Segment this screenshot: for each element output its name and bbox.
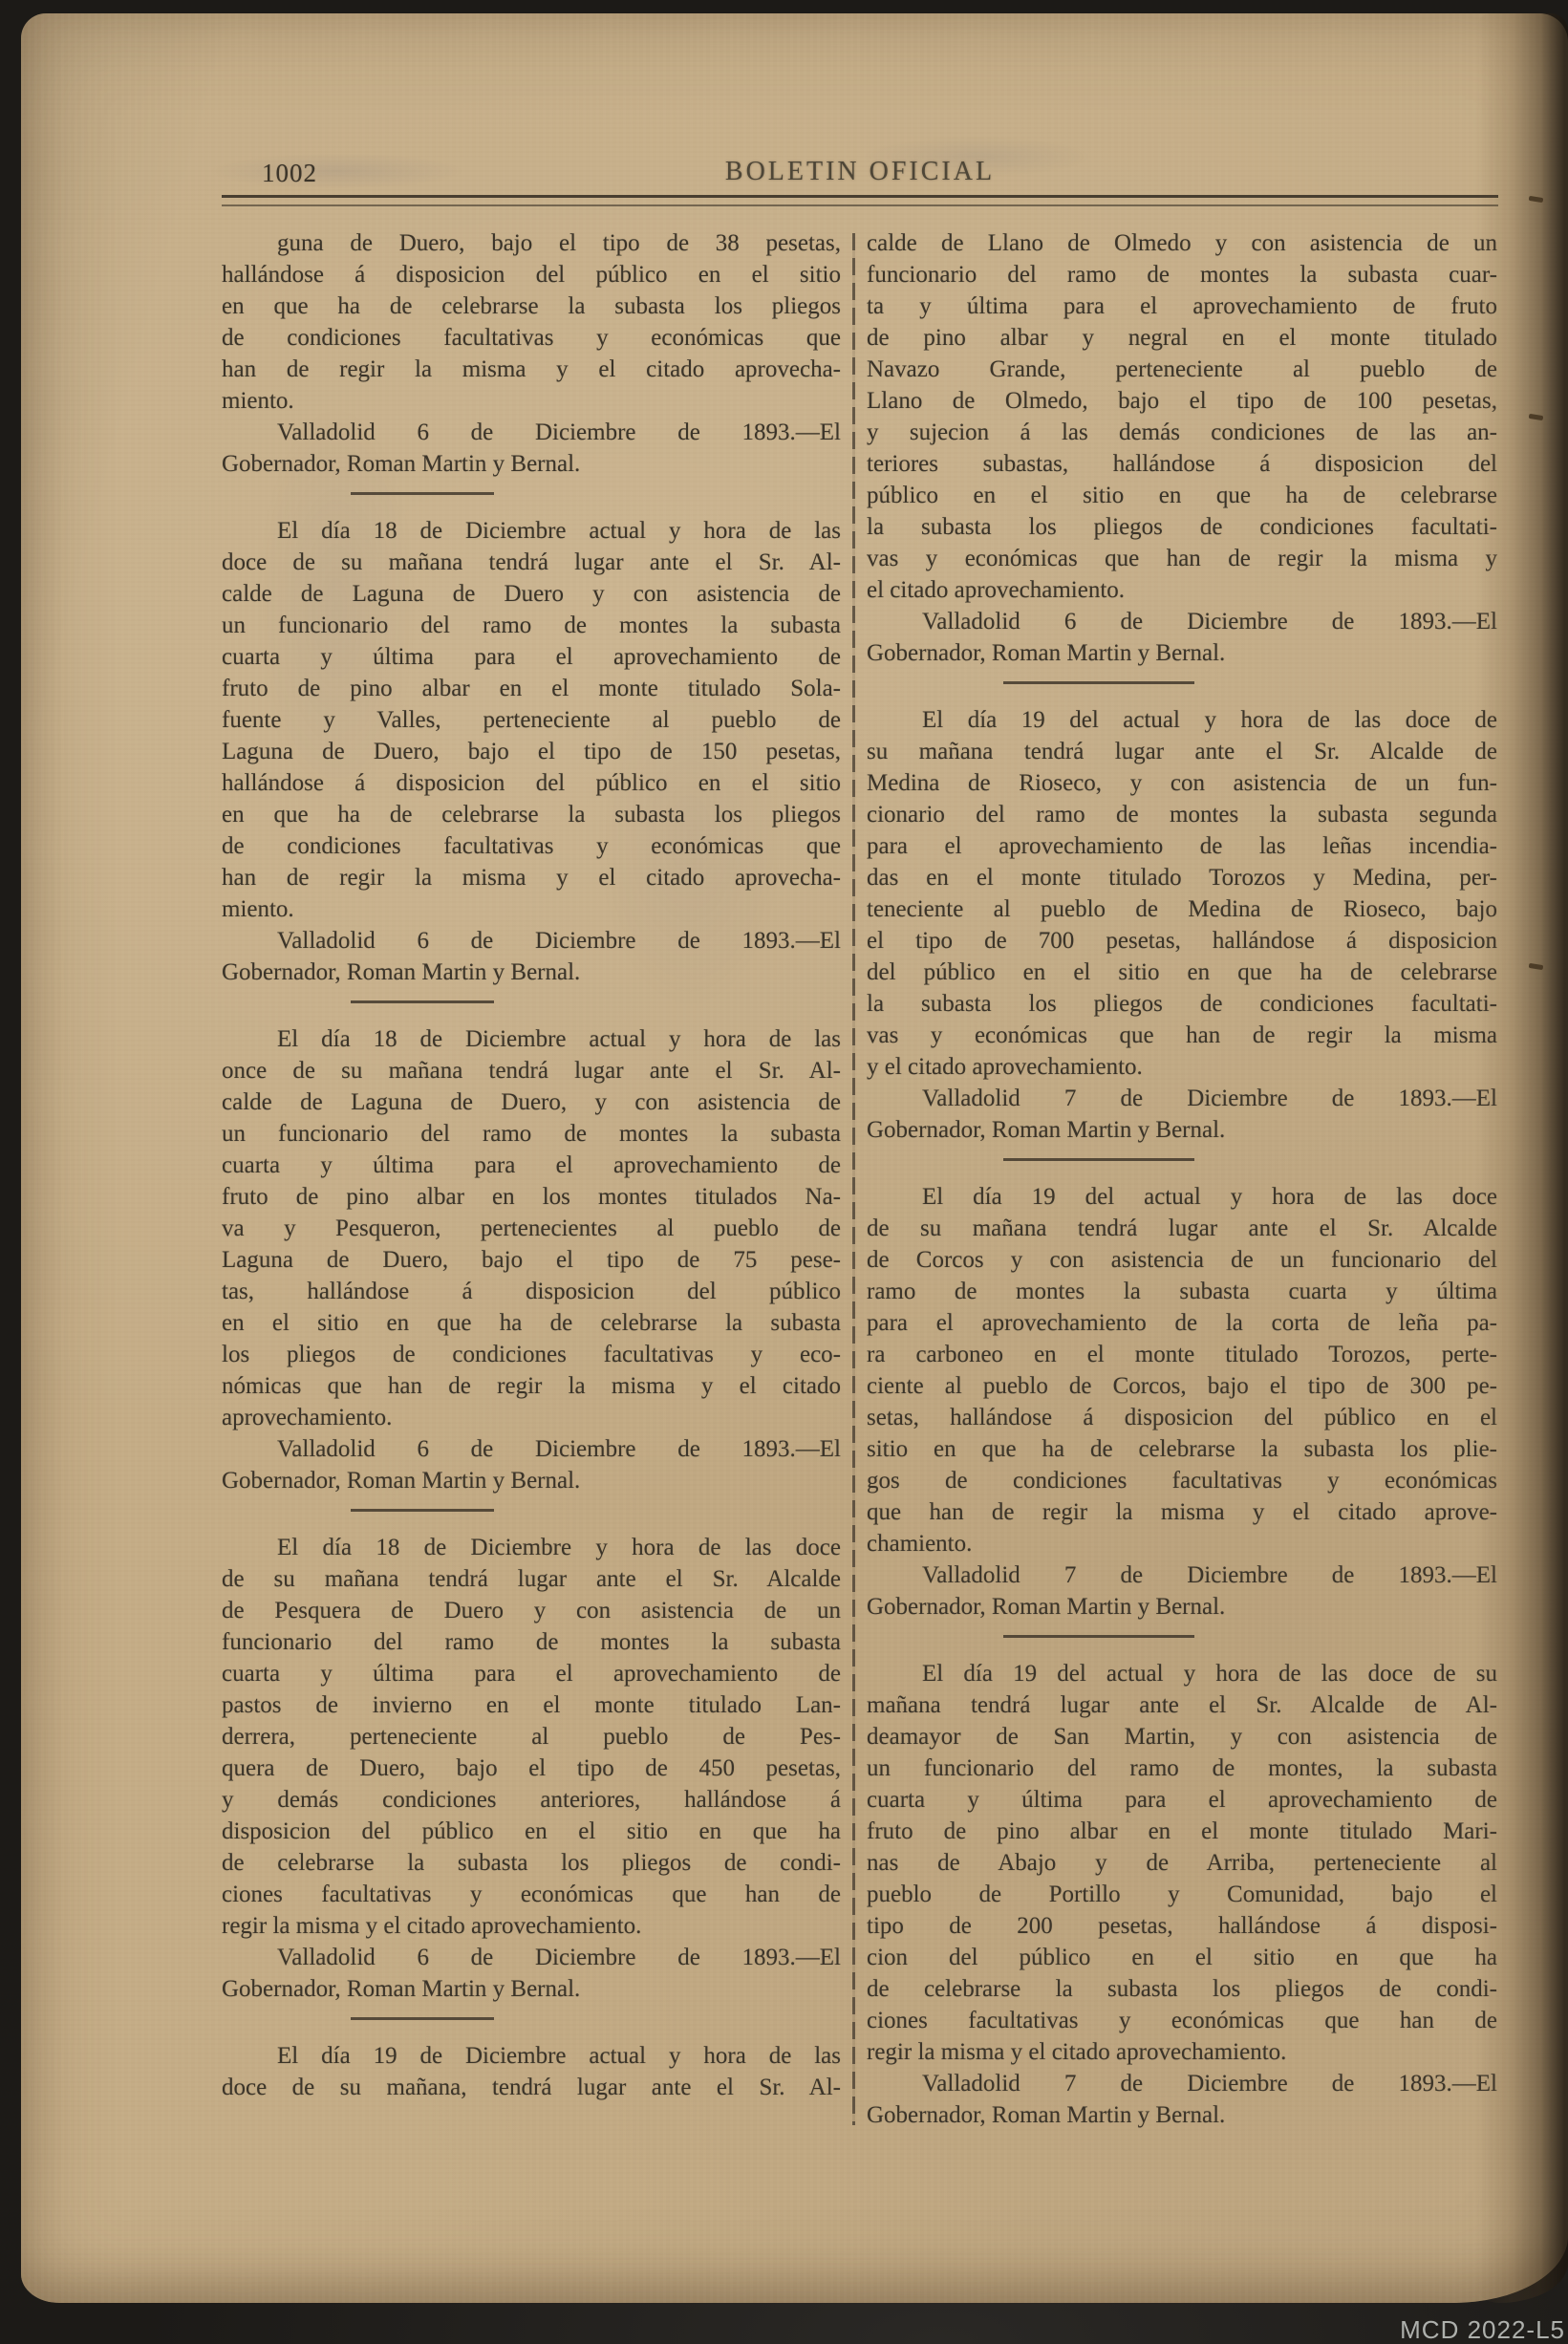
archive-watermark: MCD 2022-L5 [1400,2315,1565,2344]
text-line: El día 19 de Diciembre actual y hora de … [222,2040,841,2072]
text-line: su mañana tendrá lugar ante el Sr. Alcal… [867,736,1497,767]
text-line: cuarta y última para el aprovechamiento … [867,1784,1497,1816]
text-line: tas, hallándose á disposicion del públic… [222,1276,841,1307]
announcement-body: El día 18 de Diciembre y hora de las doc… [222,1532,841,1942]
text-line: aprovechamiento. [222,1402,841,1433]
announcement-signature: Valladolid 7 de Diciembre de 1893.—ElGob… [867,2068,1497,2131]
text-line: de pino albar y negral en el monte titul… [867,322,1497,354]
separator-rule [351,492,494,495]
announcement-body: El día 19 del actual y hora de las doce … [867,1658,1497,2068]
text-line: fuente y Valles, perteneciente al pueblo… [222,704,841,736]
text-line: Navazo Grande, perteneciente al pueblo d… [867,354,1497,385]
binding-stitch [1529,414,1544,420]
text-line: un funcionario del ramo de montes la sub… [222,1118,841,1150]
text-line: en que ha de celebrarse la subasta los p… [222,290,841,322]
text-line: Valladolid 6 de Diciembre de 1893.—El [222,1433,841,1465]
text-line: de su mañana tendrá lugar ante el Sr. Al… [867,1213,1497,1244]
text-line: y demás condiciones anteriores, hallándo… [222,1784,841,1816]
text-line: calde de Laguna de Duero, y con asistenc… [222,1086,841,1118]
text-line: guna de Duero, bajo el tipo de 38 peseta… [222,227,841,259]
text-line: nómicas que han de regir la misma y el c… [222,1370,841,1402]
column-divider [852,233,855,2125]
text-line: ta y última para el aprovechamiento de f… [867,290,1497,322]
text-line: y el citado aprovechamiento. [867,1051,1497,1083]
text-line: Valladolid 6 de Diciembre de 1893.—El [222,1942,841,1973]
text-line: gos de condiciones facultativas y económ… [867,1465,1497,1496]
announcement-signature: Valladolid 6 de Diciembre de 1893.—ElGob… [222,925,841,988]
text-line: fruto de pino albar en el monte titulado… [867,1816,1497,1847]
text-line: Valladolid 7 de Diciembre de 1893.—El [867,1559,1497,1591]
text-line: Valladolid 7 de Diciembre de 1893.—El [867,1083,1497,1114]
separator-rule [351,1000,494,1003]
announcement-body: El día 19 del actual y hora de las doced… [867,1181,1497,1559]
text-line: cion del público en el sitio en que ha [867,1942,1497,1973]
text-line: ciente al pueblo de Corcos, bajo el tipo… [867,1370,1497,1402]
text-line: Gobernador, Roman Martin y Bernal. [222,1973,841,2005]
text-line: Gobernador, Roman Martin y Bernal. [222,448,841,480]
text-line: Valladolid 7 de Diciembre de 1893.—El [867,2068,1497,2099]
separator-rule [1003,1635,1194,1638]
text-line: la subasta los pliegos de condiciones fa… [867,511,1497,543]
text-line: Gobernador, Roman Martin y Bernal. [867,637,1497,669]
text-line: hallándose á disposicion del público en … [222,259,841,290]
text-line: para el aprovechamiento de las leñas inc… [867,830,1497,862]
text-line: público en el sitio en que ha de celebra… [867,480,1497,511]
text-line: Valladolid 6 de Diciembre de 1893.—El [222,925,841,957]
text-line: un funcionario del ramo de montes la sub… [222,610,841,641]
text-line: setas, hallándose á disposicion del públ… [867,1402,1497,1433]
text-line: El día 18 de Diciembre actual y hora de … [222,515,841,547]
text-line: Gobernador, Roman Martin y Bernal. [222,1465,841,1496]
text-line: ciones facultativas y económicas que han… [867,2005,1497,2036]
text-line: El día 19 del actual y hora de las doce [867,1181,1497,1213]
text-line: ramo de montes la subasta cuarta y últim… [867,1276,1497,1307]
text-line: cuarta y última para el aprovechamiento … [222,641,841,673]
announcement-signature: Valladolid 6 de Diciembre de 1893.—ElGob… [222,1433,841,1496]
text-line: teriores subastas, hallándose á disposic… [867,448,1497,480]
text-line: va y Pesqueron, pertenecientes al pueblo… [222,1213,841,1244]
text-line: das en el monte titulado Torozos y Medin… [867,862,1497,893]
text-line: han de regir la misma y el citado aprove… [222,354,841,385]
text-line: Valladolid 6 de Diciembre de 1893.—El [867,606,1497,637]
column-left: guna de Duero, bajo el tipo de 38 peseta… [222,227,841,2103]
text-line: doce de su mañana tendrá lugar ante el S… [222,547,841,578]
text-line: El día 18 de Diciembre actual y hora de … [222,1023,841,1055]
text-line: disposicion del público en el sitio en q… [222,1816,841,1847]
text-line: miento. [222,385,841,417]
text-line: de celebrarse la subasta los pliegos de … [867,1973,1497,2005]
text-line: pueblo de Portillo y Comunidad, bajo el [867,1879,1497,1910]
text-line: El día 19 del actual y hora de las doce … [867,704,1497,736]
text-line: derrera, perteneciente al pueblo de Pes- [222,1721,841,1753]
text-line: de celebrarse la subasta los pliegos de … [222,1847,841,1879]
announcement-body: El día 18 de Diciembre actual y hora de … [222,1023,841,1433]
text-line: quera de Duero, bajo el tipo de 450 pese… [222,1753,841,1784]
announcement-body: El día 19 del actual y hora de las doce … [867,704,1497,1083]
text-line: de condiciones facultativas y económicas… [222,322,841,354]
text-line: Valladolid 6 de Diciembre de 1893.—El [222,417,841,448]
text-line: el tipo de 700 pesetas, hallándose á dis… [867,925,1497,957]
text-line: vas y económicas que han de regir la mis… [867,1020,1497,1051]
header-rule [222,195,1498,206]
column-right: calde de Llano de Olmedo y con asistenci… [867,227,1497,2131]
text-line: para el aprovechamiento de la corta de l… [867,1307,1497,1339]
text-line: pastos de invierno en el monte titulado … [222,1689,841,1721]
text-line: en el sitio en que ha de celebrarse la s… [222,1307,841,1339]
separator-rule [1003,681,1194,684]
text-line: sitio en que ha de celebrarse la subasta… [867,1433,1497,1465]
text-line: chamiento. [867,1528,1497,1559]
text-line: hallándose á disposicion del público en … [222,767,841,799]
text-line: Gobernador, Roman Martin y Bernal. [867,1114,1497,1146]
text-line: cuarta y última para el aprovechamiento … [222,1658,841,1689]
text-line: que han de regir la misma y el citado ap… [867,1496,1497,1528]
text-line: Gobernador, Roman Martin y Bernal. [867,1591,1497,1623]
announcement-body: guna de Duero, bajo el tipo de 38 peseta… [222,227,841,417]
text-line: Laguna de Duero, bajo el tipo de 75 pese… [222,1244,841,1276]
text-line: Gobernador, Roman Martin y Bernal. [222,957,841,988]
text-line: ciones facultativas y económicas que han… [222,1879,841,1910]
announcement-signature: Valladolid 7 de Diciembre de 1893.—ElGob… [867,1559,1497,1623]
text-line: doce de su mañana, tendrá lugar ante el … [222,2072,841,2103]
text-line: calde de Laguna de Duero y con asistenci… [222,578,841,610]
binding-stitch [1529,963,1544,970]
text-line: la subasta los pliegos de condiciones fa… [867,988,1497,1020]
text-line: regir la misma y el citado aprovechamien… [867,2036,1497,2068]
text-line: fruto de pino albar en los montes titula… [222,1181,841,1213]
text-line: del público en el sitio en que ha de cel… [867,957,1497,988]
announcement-body: El día 18 de Diciembre actual y hora de … [222,515,841,925]
text-line: funcionario del ramo de montes la subast… [222,1626,841,1658]
text-line: nas de Abajo y de Arriba, perteneciente … [867,1847,1497,1879]
text-line: funcionario del ramo de montes la subast… [867,259,1497,290]
text-line: ra carboneo en el monte titulado Torozos… [867,1339,1497,1370]
text-line: once de su mañana tendrá lugar ante el S… [222,1055,841,1086]
text-line: teneciente al pueblo de Medina de Riosec… [867,893,1497,925]
scanned-page-view: 1002 BOLETIN OFICIAL guna de Duero, bajo… [0,0,1568,2344]
separator-rule [1003,1158,1194,1161]
text-line: tipo de 200 pesetas, hallándose á dispos… [867,1910,1497,1942]
text-line: Medina de Rioseco, y con asistencia de u… [867,767,1497,799]
text-line: Gobernador, Roman Martin y Bernal. [867,2099,1497,2131]
announcement-body: calde de Llano de Olmedo y con asistenci… [867,227,1497,606]
text-line: miento. [222,893,841,925]
announcement-signature: Valladolid 6 de Diciembre de 1893.—ElGob… [222,1942,841,2005]
text-line: regir la misma y el citado aprovechamien… [222,1910,841,1942]
text-columns: guna de Duero, bajo el tipo de 38 peseta… [222,227,1498,2131]
text-line: Laguna de Duero, bajo el tipo de 150 pes… [222,736,841,767]
announcement-signature: Valladolid 7 de Diciembre de 1893.—ElGob… [867,1083,1497,1146]
text-line: de Pesquera de Duero y con asistencia de… [222,1595,841,1626]
text-line: los pliegos de condiciones facultativas … [222,1339,841,1370]
text-line: en que ha de celebrarse la subasta los p… [222,799,841,830]
announcement-signature: Valladolid 6 de Diciembre de 1893.—ElGob… [867,606,1497,669]
text-line: mañana tendrá lugar ante el Sr. Alcalde … [867,1689,1497,1721]
separator-rule [351,1509,494,1512]
announcement-body: El día 19 de Diciembre actual y hora de … [222,2040,841,2103]
text-line: calde de Llano de Olmedo y con asistenci… [867,227,1497,259]
text-line: de su mañana tendrá lugar ante el Sr. Al… [222,1563,841,1595]
text-line: deamayor de San Martin, y con asistencia… [867,1721,1497,1753]
text-line: cionario del ramo de montes la subasta s… [867,799,1497,830]
text-line: han de regir la misma y el citado aprove… [222,862,841,893]
text-line: El día 19 del actual y hora de las doce … [867,1658,1497,1689]
binding-stitch [1529,196,1544,203]
text-line: de condiciones facultativas y económicas… [222,830,841,862]
text-line: y sujecion á las demás condiciones de la… [867,417,1497,448]
text-line: de Corcos y con asistencia de un funcion… [867,1244,1497,1276]
separator-rule [351,2017,494,2020]
text-line: un funcionario del ramo de montes, la su… [867,1753,1497,1784]
text-line: cuarta y última para el aprovechamiento … [222,1150,841,1181]
announcement-signature: Valladolid 6 de Diciembre de 1893.—ElGob… [222,417,841,480]
paper-sheet: 1002 BOLETIN OFICIAL guna de Duero, bajo… [21,13,1568,2303]
text-line: fruto de pino albar en el monte titulado… [222,673,841,704]
text-line: vas y económicas que han de regir la mis… [867,543,1497,574]
text-line: el citado aprovechamiento. [867,574,1497,606]
text-line: Llano de Olmedo, bajo el tipo de 100 pes… [867,385,1497,417]
text-line: El día 18 de Diciembre y hora de las doc… [222,1532,841,1563]
journal-title: BOLETIN OFICIAL [222,157,1498,187]
